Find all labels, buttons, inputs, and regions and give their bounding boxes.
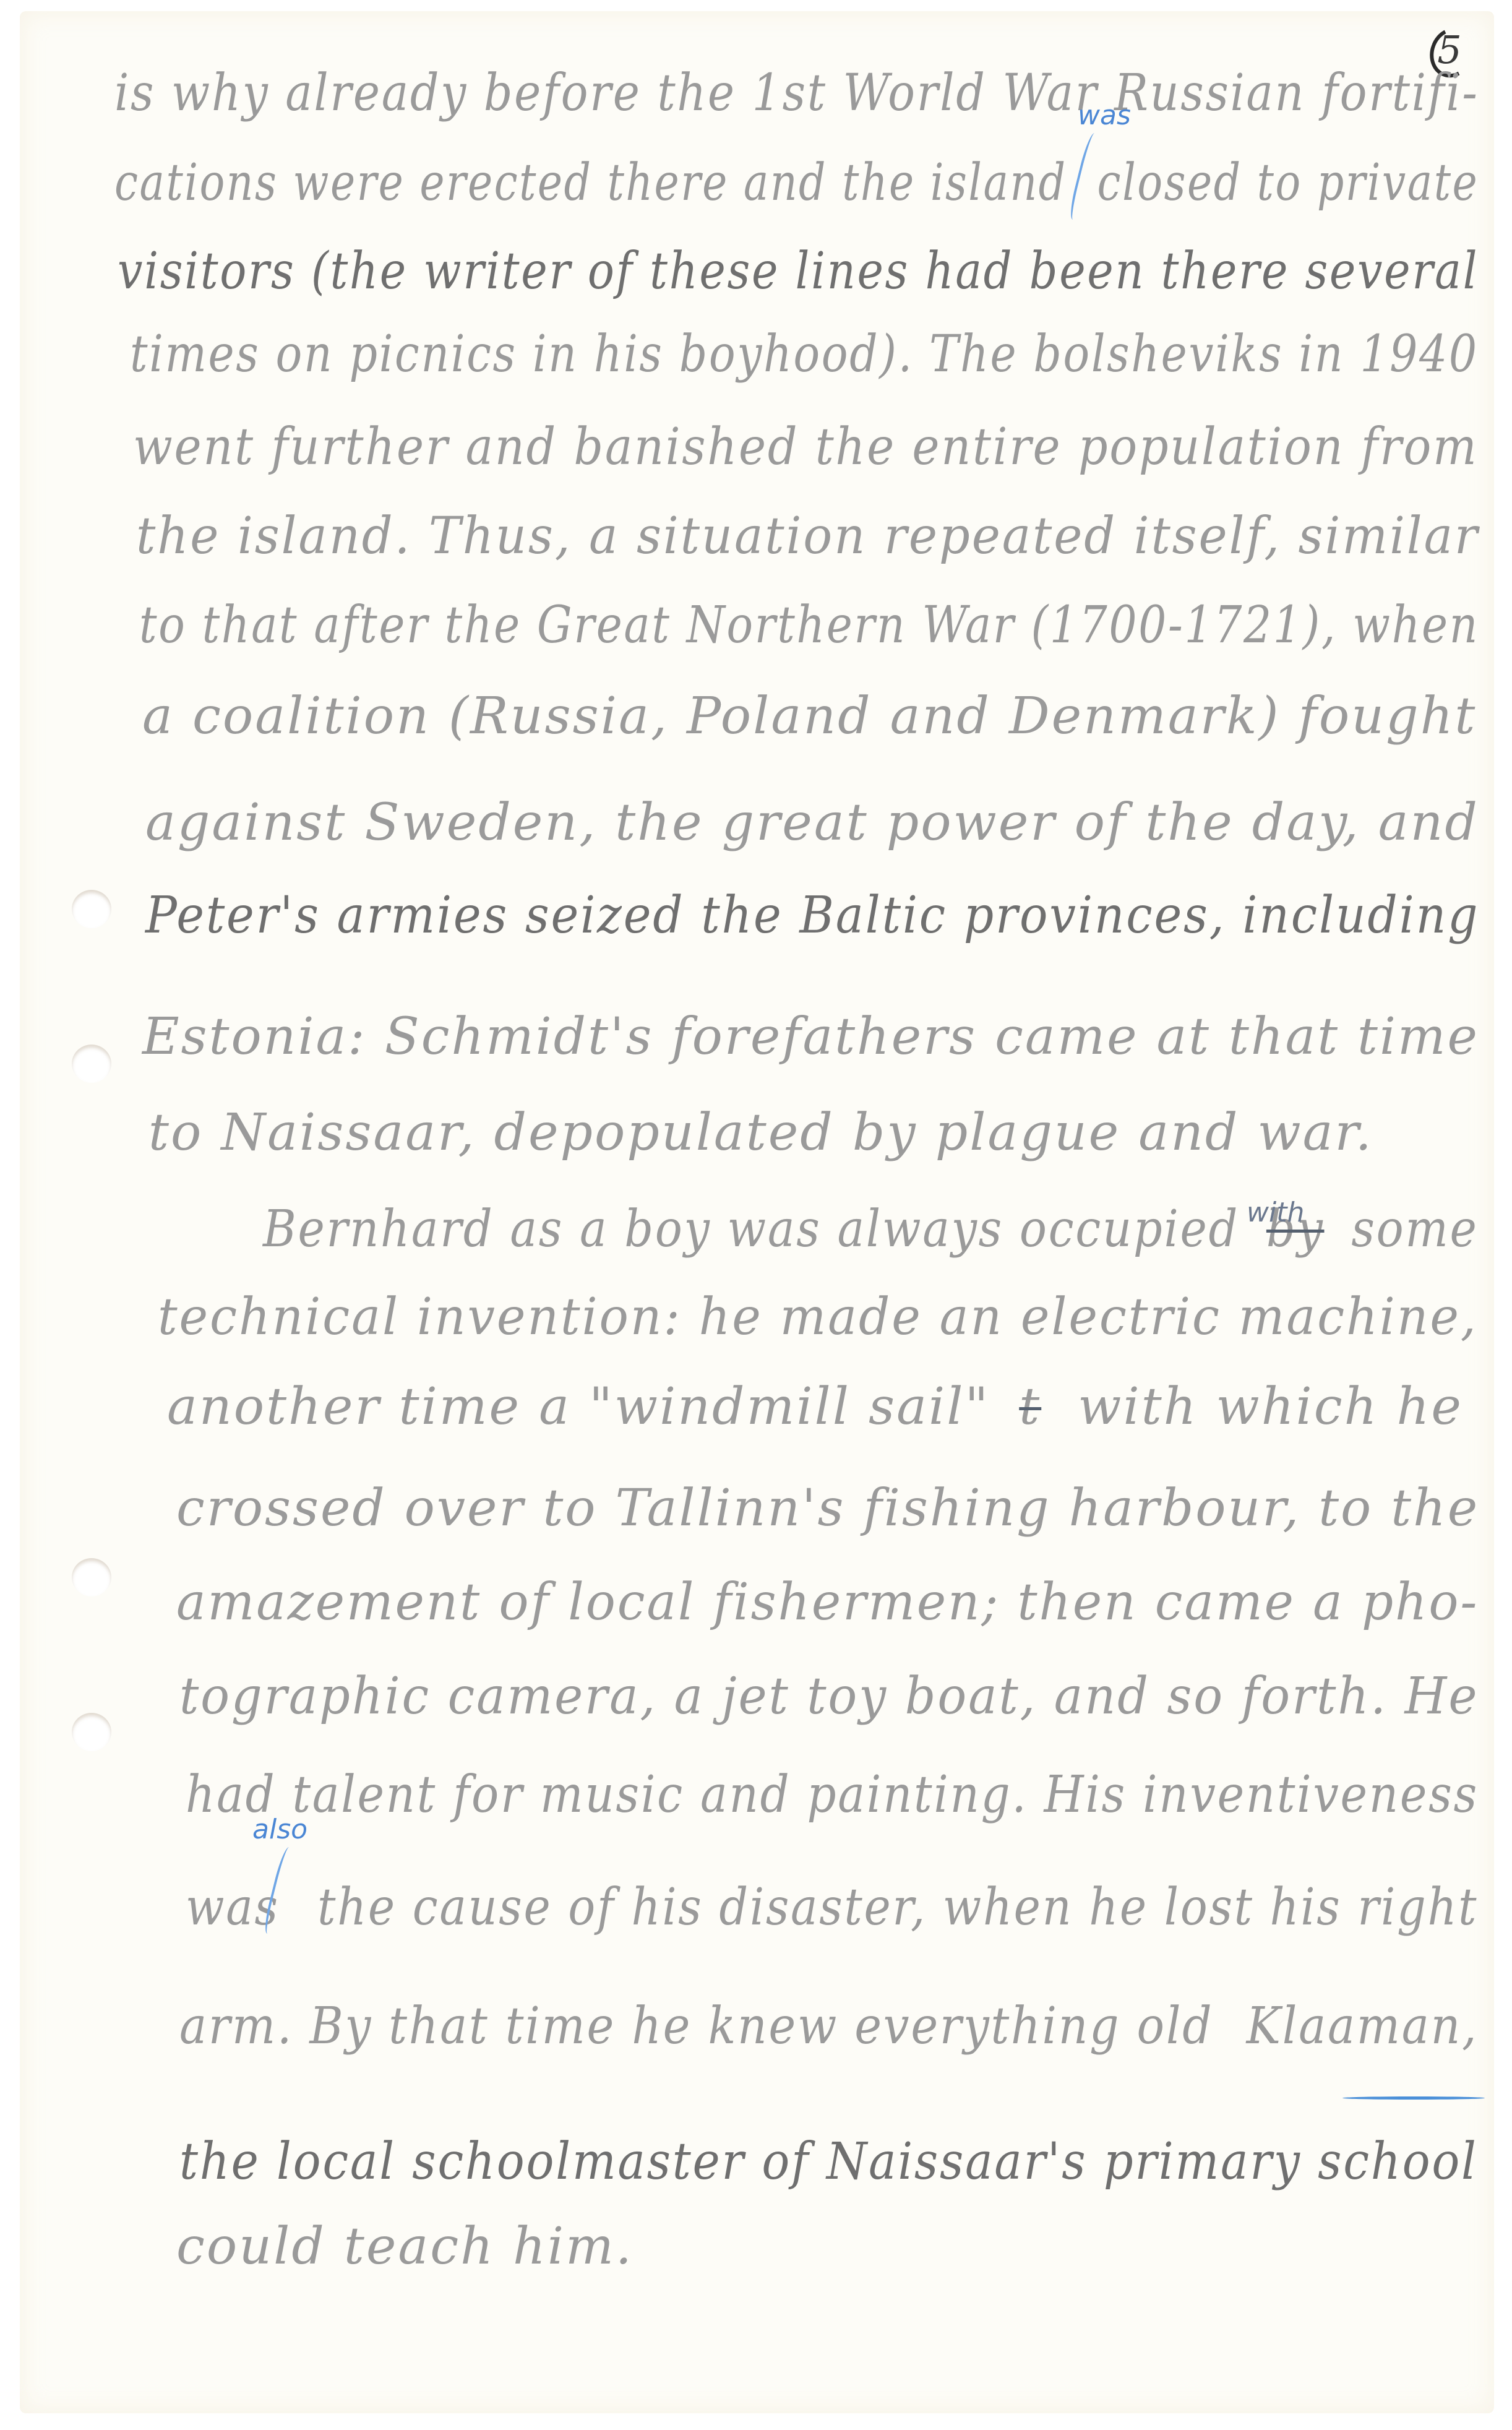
text-line: arm. By that time he knew everything old… bbox=[179, 2001, 1478, 2052]
text-line: tographic camera, a jet toy boat, and so… bbox=[179, 1671, 1479, 1722]
line-text: Bernhard as a boy was always occupied bbox=[263, 1200, 1239, 1259]
text-line: Peter's armies seized the Baltic provinc… bbox=[145, 890, 1479, 941]
correction-also: also bbox=[252, 1816, 307, 1843]
punch-hole bbox=[72, 1558, 111, 1596]
line-text: another time a "windmill sail" bbox=[167, 1377, 990, 1436]
line-text: some bbox=[1351, 1200, 1478, 1259]
text-line: visitors (the writer of these lines had … bbox=[118, 246, 1479, 297]
text-line: the island. Thus, a situation repeated i… bbox=[136, 511, 1479, 562]
punch-hole bbox=[72, 890, 111, 928]
punch-hole bbox=[72, 1713, 111, 1751]
line-text: the cause of his disaster, when he lost … bbox=[317, 1878, 1478, 1937]
line-text: visitors (the writer of these lines had … bbox=[118, 242, 1479, 301]
text-line: to that after the Great Northern War (17… bbox=[139, 600, 1479, 651]
correction-with: with bbox=[1247, 1199, 1304, 1226]
text-line: could teach him. bbox=[176, 2221, 634, 2272]
text-line: was the cause of his disaster, when he l… bbox=[186, 1882, 1478, 1933]
line-text: with which he bbox=[1078, 1377, 1463, 1436]
line-text: cations were erected there and the islan… bbox=[114, 153, 1067, 212]
text-line: another time a "windmill sail" t with wh… bbox=[167, 1382, 1463, 1433]
text-line: technical invention: he made an electric… bbox=[158, 1292, 1478, 1343]
correction-was: was bbox=[1078, 102, 1131, 129]
text-line: times on picnics in his boyhood). The bo… bbox=[130, 329, 1479, 380]
text-line: went further and banished the entire pop… bbox=[133, 422, 1478, 473]
text-line: Estonia: Schmidt's forefathers came at t… bbox=[142, 1012, 1479, 1062]
name-underline bbox=[1342, 2096, 1485, 2100]
text-line: the local schoolmaster of Naissaar's pri… bbox=[179, 2137, 1478, 2187]
text-line: is why already before the 1st World War … bbox=[114, 68, 1479, 119]
line-text: the local schoolmaster of Naissaar's pri… bbox=[179, 2132, 1478, 2191]
underlined-name: Klaaman, bbox=[1247, 1997, 1479, 2056]
text-line: had talent for music and painting. His i… bbox=[186, 1770, 1479, 1820]
text-line: against Sweden, the great power of the d… bbox=[145, 798, 1479, 848]
text-line: cations were erected there and the islan… bbox=[114, 158, 1479, 209]
line-text: arm. By that time he knew everything old bbox=[179, 1997, 1213, 2056]
line-text: closed to private bbox=[1097, 153, 1479, 212]
line-text: Peter's armies seized the Baltic provinc… bbox=[145, 886, 1479, 945]
text-line: a coalition (Russia, Poland and Denmark)… bbox=[142, 691, 1477, 742]
text-line: crossed over to Tallinn's fishing harbou… bbox=[176, 1483, 1479, 1534]
struck-word: t bbox=[1019, 1377, 1041, 1436]
text-line: to Naissaar, depopulated by plague and w… bbox=[148, 1108, 1373, 1158]
text-line: amazement of local fishermen; then came … bbox=[176, 1577, 1479, 1628]
punch-hole bbox=[72, 1045, 111, 1083]
